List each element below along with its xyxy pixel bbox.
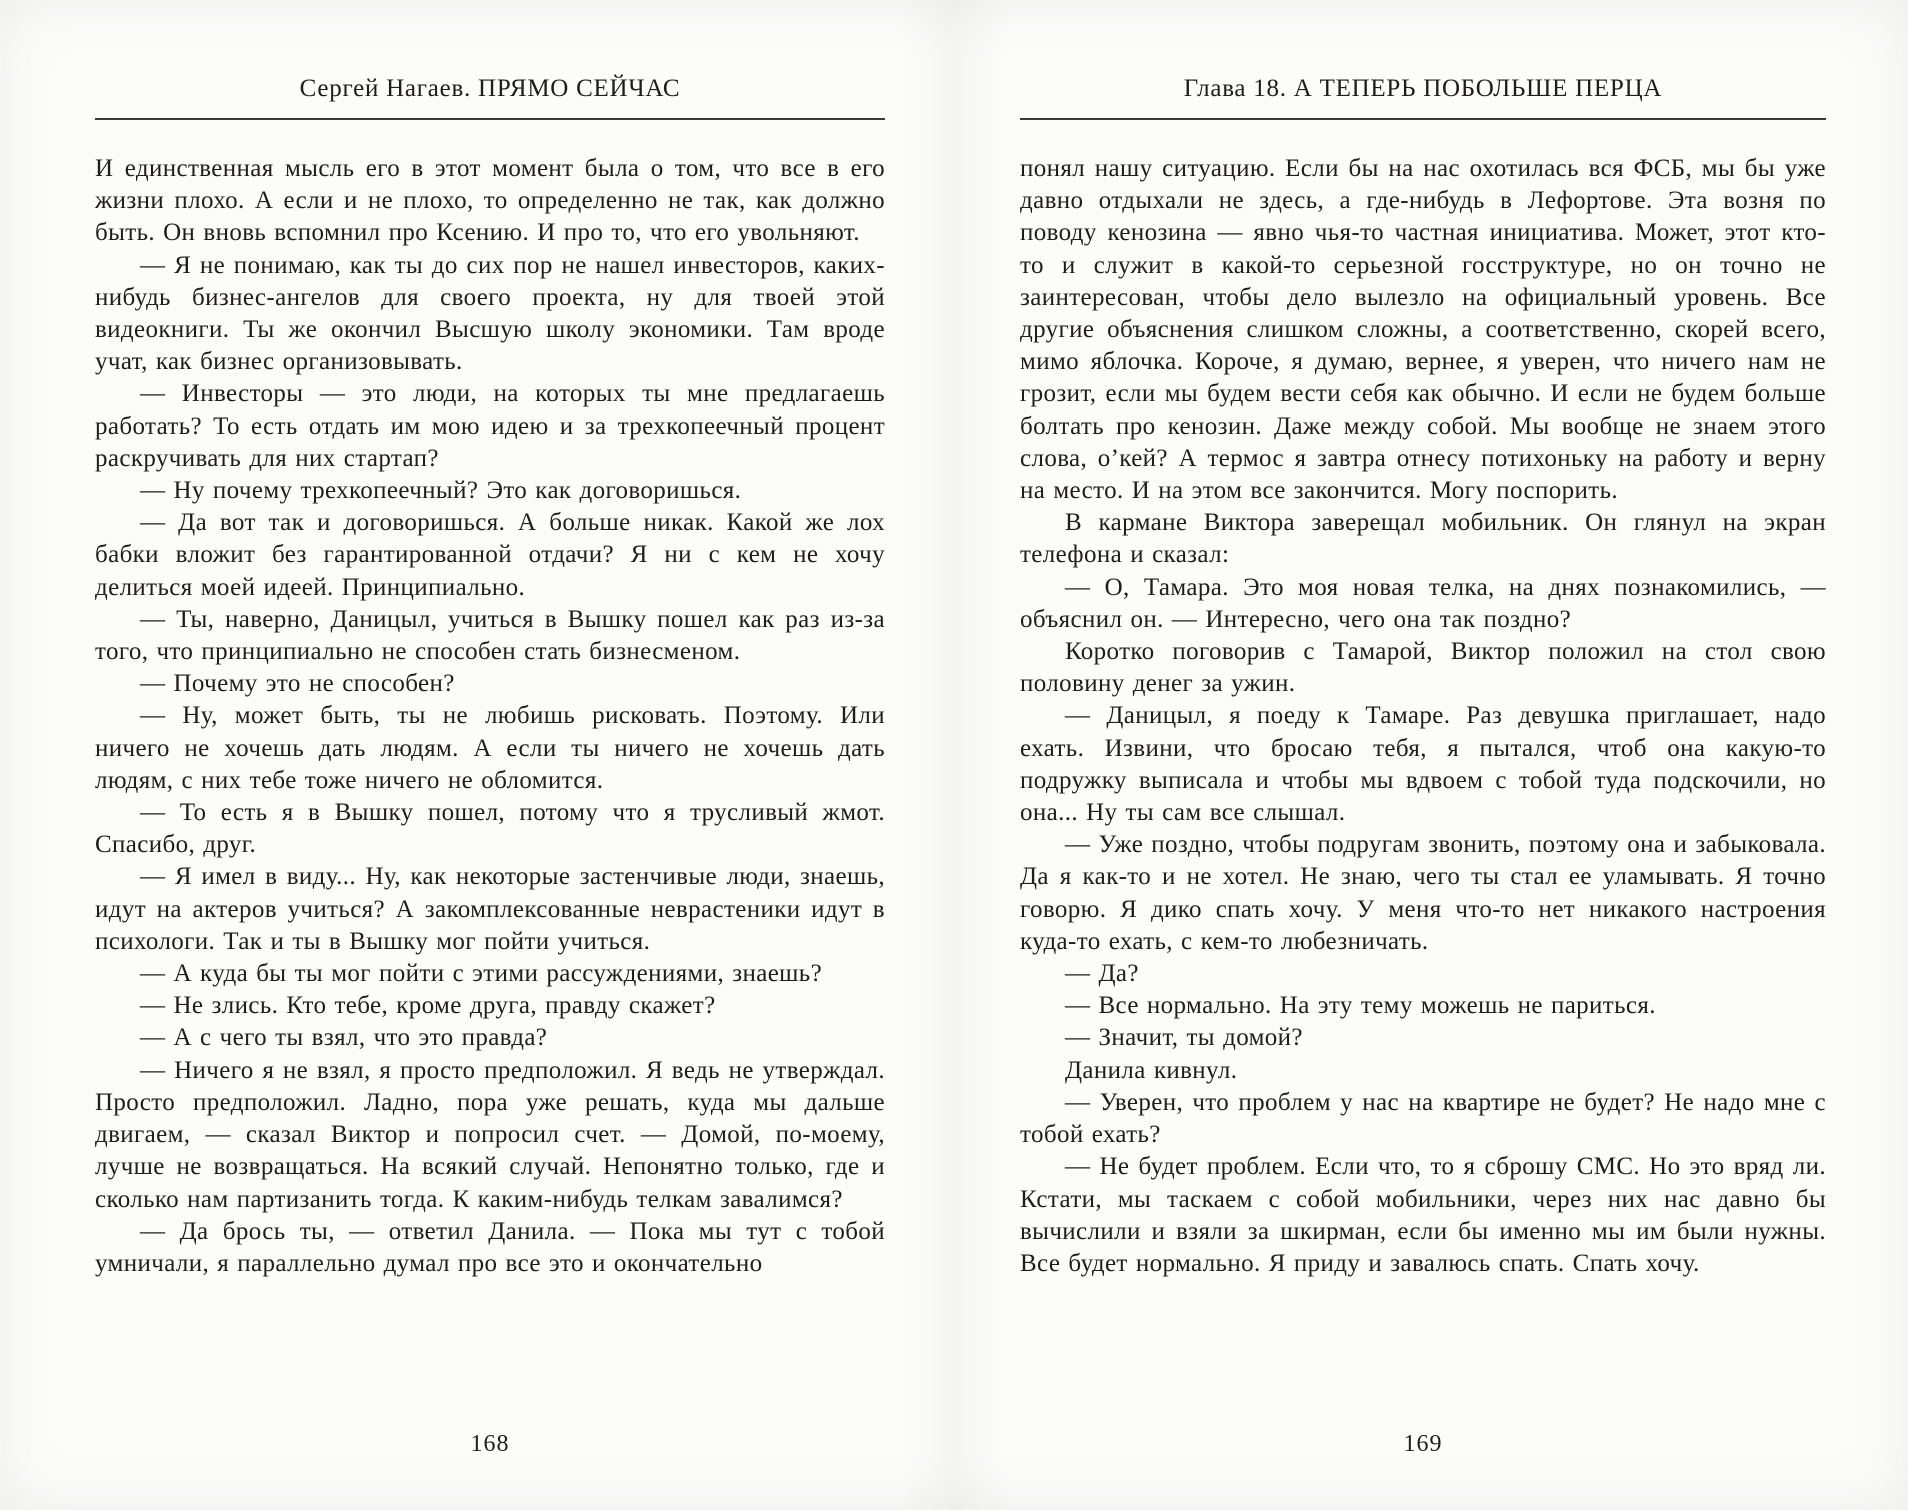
paragraph: — Даницыл, я поеду к Тамаре. Раз девушка… [1020, 700, 1826, 829]
right-page: Глава 18. А ТЕПЕРЬ ПОБОЛЬШЕ ПЕРЦА понял … [954, 0, 1908, 1510]
paragraph: Коротко поговорив с Тамарой, Виктор поло… [1020, 636, 1826, 700]
paragraph: — А с чего ты взял, что это правда? [95, 1022, 885, 1054]
paragraph: — Все нормально. На эту тему можешь не п… [1020, 990, 1826, 1022]
paragraph: И единственная мысль его в этот момент б… [95, 153, 885, 250]
paragraph: — Я имел в виду... Ну, как некоторые зас… [95, 861, 885, 958]
left-page: Сергей Нагаев. ПРЯМО СЕЙЧАС И единственн… [0, 0, 954, 1510]
paragraph: — Почему это не способен? [95, 668, 885, 700]
paragraph: — Я не понимаю, как ты до сих пор не наш… [95, 250, 885, 379]
paragraph: — Да брось ты, — ответил Данила. — Пока … [95, 1216, 885, 1280]
right-running-head: Глава 18. А ТЕПЕРЬ ПОБОЛЬШЕ ПЕРЦА [1020, 75, 1826, 118]
paragraph: — О, Тамара. Это моя новая телка, на дня… [1020, 572, 1826, 636]
paragraph: — Ничего я не взял, я просто предположил… [95, 1055, 885, 1216]
paragraph: — А куда бы ты мог пойти с этими рассужд… [95, 958, 885, 990]
paragraph: — Да вот так и договоришься. А больше ни… [95, 507, 885, 604]
right-page-text: понял нашу ситуацию. Если бы на нас охот… [1020, 153, 1826, 1280]
paragraph: — Уверен, что проблем у нас на квартире … [1020, 1087, 1826, 1151]
right-page-number: 169 [1020, 1431, 1826, 1458]
paragraph: — Да? [1020, 958, 1826, 990]
paragraph: — Ну, может быть, ты не любишь рисковать… [95, 700, 885, 797]
paragraph: В кармане Виктора заверещал мобильник. О… [1020, 507, 1826, 571]
paragraph: Данила кивнул. [1020, 1055, 1826, 1087]
left-page-number: 168 [95, 1431, 885, 1458]
paragraph: — Ну почему трехкопеечный? Это как догов… [95, 475, 885, 507]
paragraph: — Значит, ты домой? [1020, 1022, 1826, 1054]
left-header-rule [95, 118, 885, 120]
left-running-head: Сергей Нагаев. ПРЯМО СЕЙЧАС [95, 75, 885, 118]
paragraph: — Инвесторы — это люди, на которых ты мн… [95, 378, 885, 475]
paragraph: — То есть я в Вышку пошел, потому что я … [95, 797, 885, 861]
right-header-rule [1020, 118, 1826, 120]
paragraph: — Уже поздно, чтобы подругам звонить, по… [1020, 829, 1826, 958]
left-page-text: И единственная мысль его в этот момент б… [95, 153, 885, 1280]
paragraph: — Не злись. Кто тебе, кроме друга, правд… [95, 990, 885, 1022]
paragraph: — Не будет проблем. Если что, то я сброш… [1020, 1151, 1826, 1280]
book-spread: Сергей Нагаев. ПРЯМО СЕЙЧАС И единственн… [0, 0, 1908, 1510]
paragraph: понял нашу ситуацию. Если бы на нас охот… [1020, 153, 1826, 507]
paragraph: — Ты, наверно, Даницыл, учиться в Вышку … [95, 604, 885, 668]
